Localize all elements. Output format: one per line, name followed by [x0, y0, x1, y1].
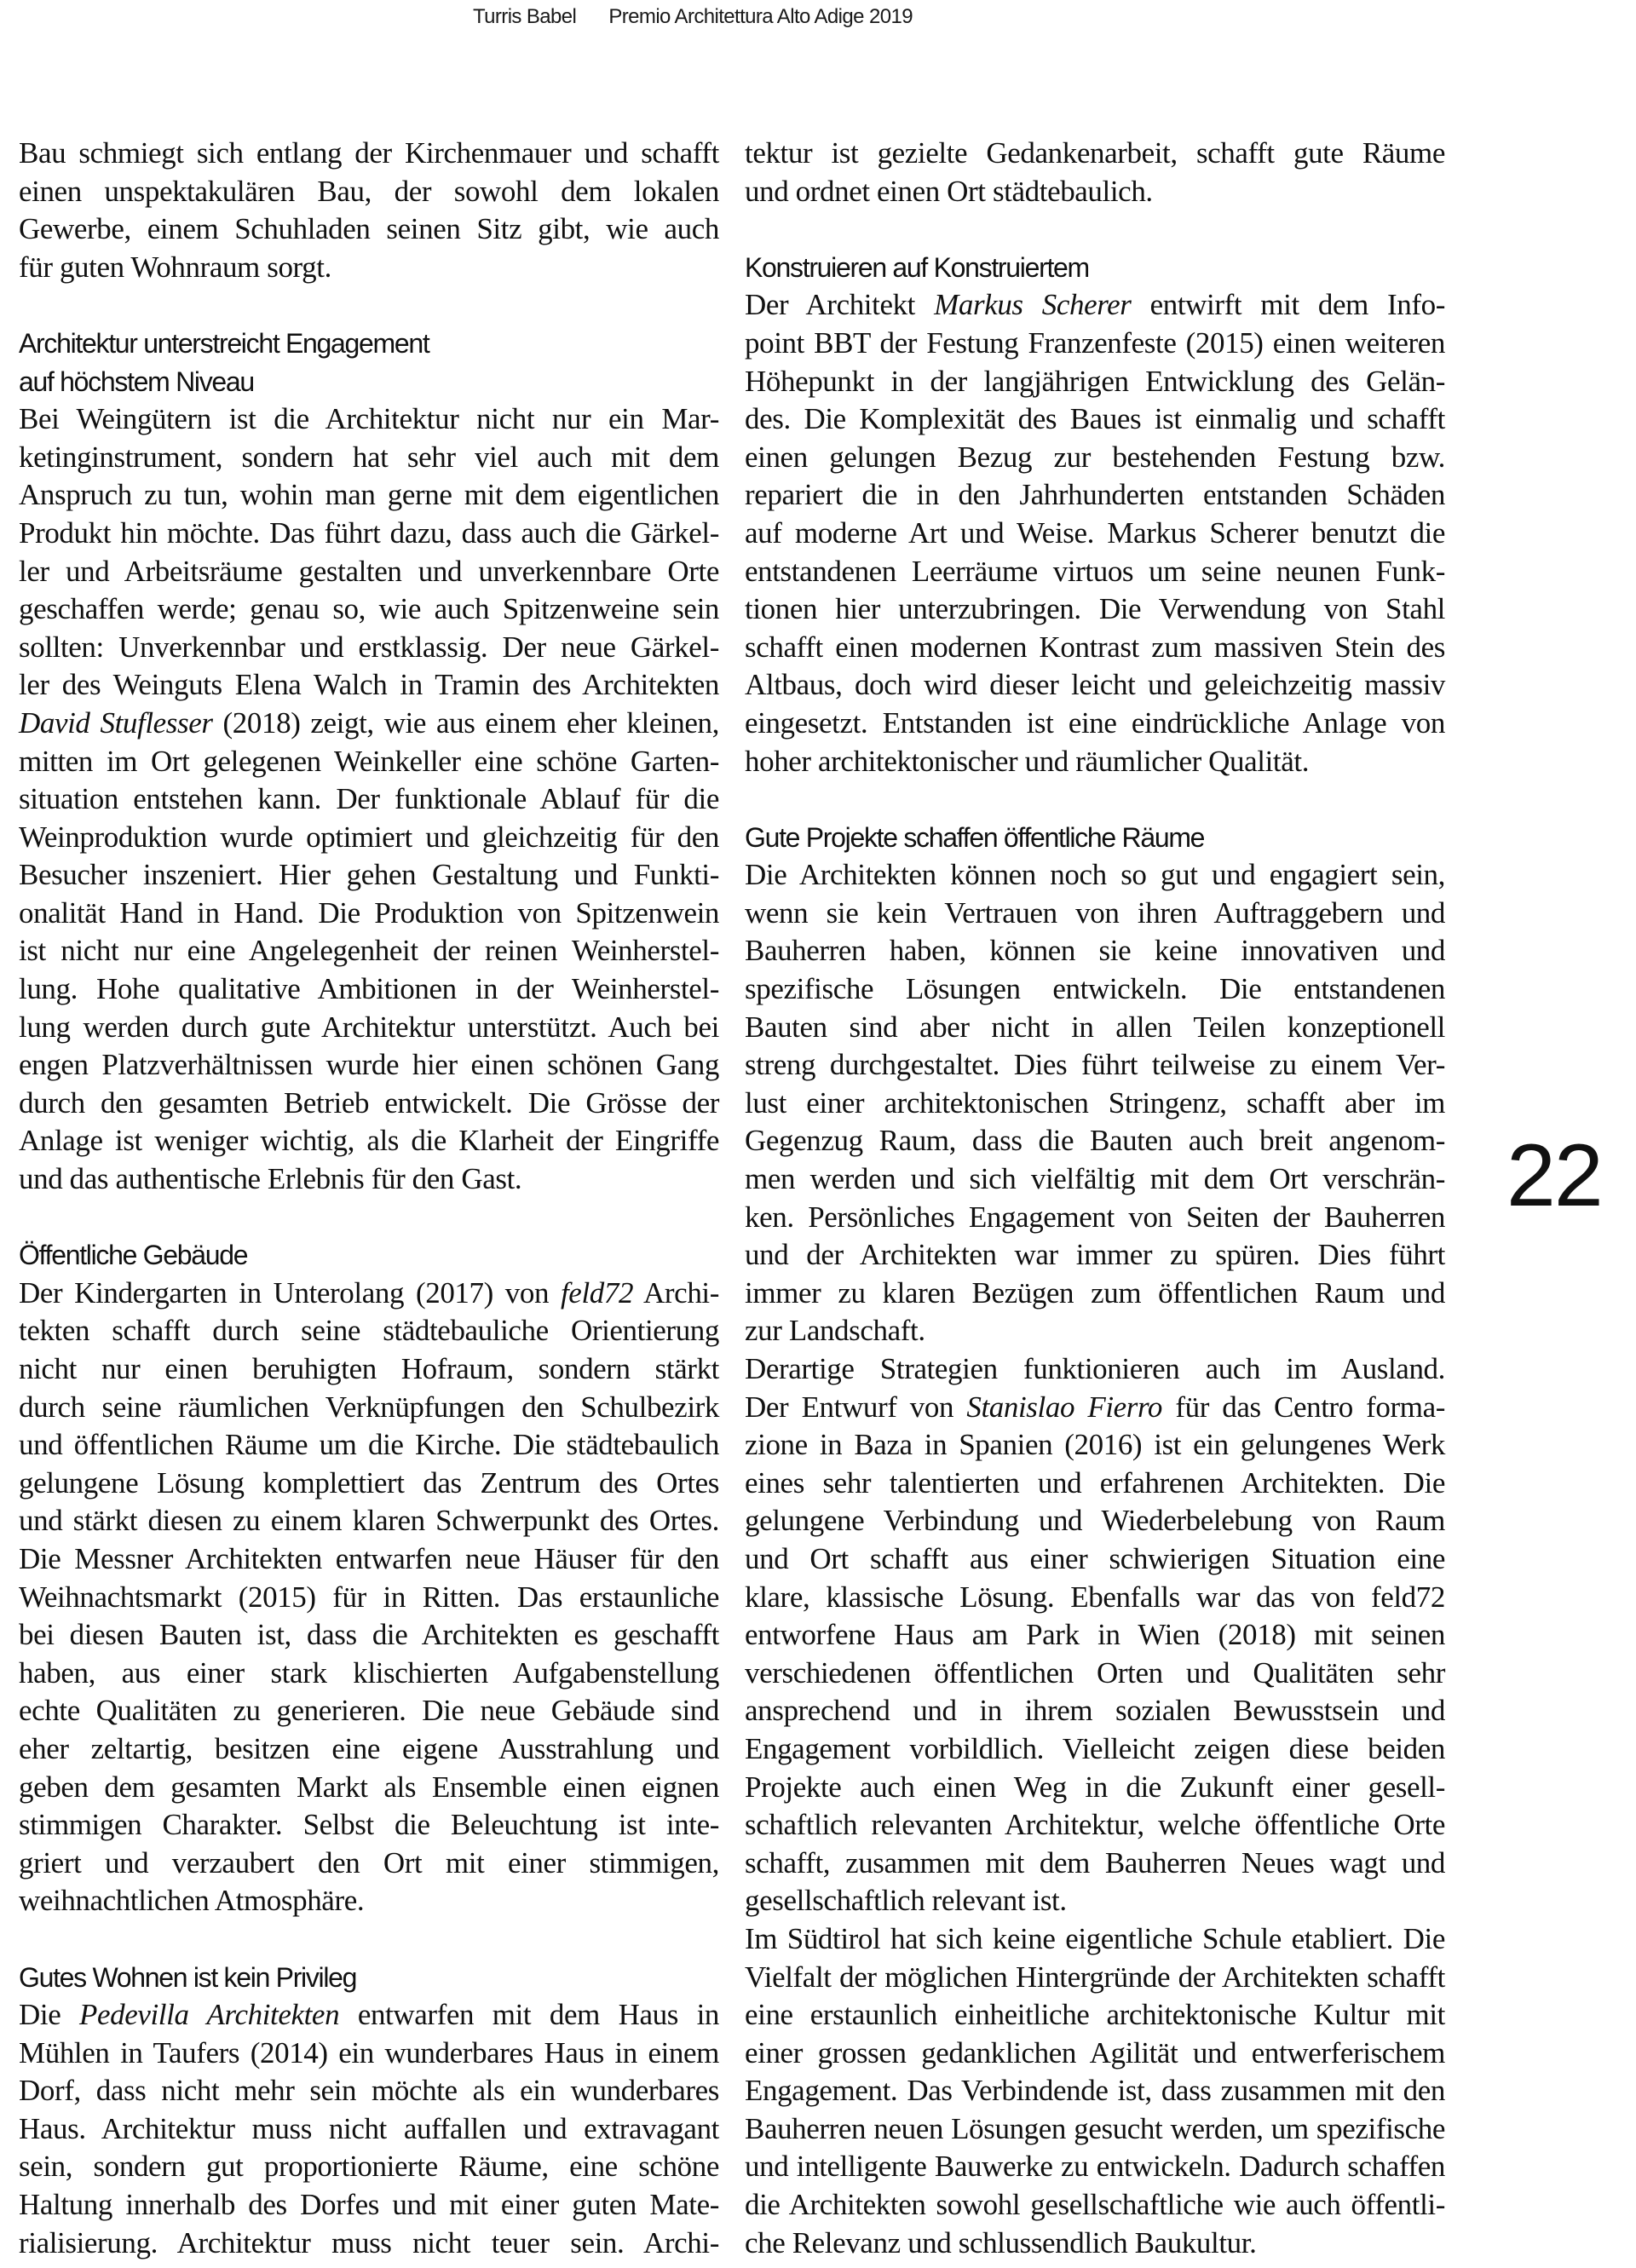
spacer: [745, 210, 1445, 249]
line-text-content: und öffentlichen Räume um die Kirche. Di…: [19, 1428, 719, 1461]
line-text-content: Altbaus, doch wird dieser leicht und gel…: [745, 668, 1445, 701]
line-text-content: entwarfen mit dem Haus in: [339, 1998, 719, 2031]
line-text: nicht nur einen beruhigten Hofraum, sond…: [19, 1350, 719, 1389]
line-text: ken. Persönliches Engagement von Seiten …: [745, 1199, 1445, 1237]
italic-name: David Stuflesser: [19, 706, 213, 740]
line-text: tionen hier unterzubringen. Die Verwendu…: [745, 590, 1445, 629]
line-text-content: Projekte auch einen Weg in die Zukunft e…: [745, 1770, 1445, 1804]
line-text-content: Dorf, dass nicht mehr sein möchte als ei…: [19, 2074, 719, 2107]
line-text: tekten schafft durch seine städtebaulich…: [19, 1312, 719, 1350]
line-text-content: und intelligente Bauwerke zu entwickeln.…: [745, 2150, 1445, 2183]
section-heading: Gute Projekte schaffen öffentliche Räume: [745, 819, 1445, 857]
line-text-content: entstandenen Leerräume virtuos um seine …: [745, 555, 1445, 588]
body-text-line: rialisierung. Architektur muss nicht teu…: [19, 2225, 719, 2263]
line-text-content: engen Platzverhältnissen wurde hier eine…: [19, 1048, 719, 1081]
line-text: ler und Arbeitsräume gestalten und unver…: [19, 553, 719, 591]
body-text-line: gelungene Lösung komplettiert das Zentru…: [19, 1465, 719, 1503]
line-text: Derartige Strategien funktionieren auch …: [745, 1350, 1445, 1389]
line-text-content: hoher architektonischer und räumlicher Q…: [745, 745, 1309, 778]
line-text: tektur ist gezielte Gedankenarbeit, scha…: [745, 135, 1445, 173]
line-text-content: che Relevanz und schlussendlich Baukultu…: [745, 2226, 1256, 2259]
line-text: Altbaus, doch wird dieser leicht und gel…: [745, 666, 1445, 705]
line-text-content: immer zu klaren Bezügen zum öffentlichen…: [745, 1276, 1445, 1310]
line-text-content: Bauten sind aber nicht in allen Teilen k…: [745, 1010, 1445, 1044]
line-text: und stärkt diesen zu einem klaren Schwer…: [19, 1502, 719, 1540]
body-text-line: repariert die in den Jahrhunderten entst…: [745, 476, 1445, 515]
line-text: lung. Hohe qualitative Ambitionen in der…: [19, 970, 719, 1009]
line-text: ansprechend und in ihrem sozialen Bewuss…: [745, 1692, 1445, 1730]
body-text-line: und ordnet einen Ort städtebaulich.: [745, 173, 1445, 211]
line-text: für guten Wohnraum sorgt.: [19, 249, 719, 287]
line-text-content: sein, sondern gut proportionierte Räume,…: [19, 2150, 719, 2183]
body-text-line: men werden und sich vielfältig mit dem O…: [745, 1160, 1445, 1199]
line-text: Öffentliche Gebäude: [19, 1236, 719, 1275]
body-text-line: Die Architekten können noch so gut und e…: [745, 856, 1445, 895]
body-text-line: schafft, zusammen mit dem Bauherren Neue…: [745, 1845, 1445, 1883]
line-text-content: zur Landschaft.: [745, 1314, 925, 1347]
body-text-line: Altbaus, doch wird dieser leicht und gel…: [745, 666, 1445, 705]
line-text: Bei Weingütern ist die Architektur nicht…: [19, 400, 719, 439]
line-text: schafft einen modernen Kontrast zum mass…: [745, 629, 1445, 667]
line-text: Gute Projekte schaffen öffentliche Räume: [745, 819, 1445, 857]
body-text-line: gelungene Verbindung und Wiederbelebung …: [745, 1502, 1445, 1540]
body-text-line: Bauherren haben, können sie keine innova…: [745, 932, 1445, 970]
body-text-line: streng durchgestaltet. Dies führt teilwe…: [745, 1046, 1445, 1085]
line-text: Die Pedevilla Architekten entwarfen mit …: [19, 1996, 719, 2035]
line-text-content: lung. Hohe qualitative Ambitionen in der…: [19, 972, 719, 1005]
line-text-content: Architektur unterstreicht Engagement: [19, 328, 429, 359]
body-text-line: sollten: Unverkennbar und erstklassig. D…: [19, 629, 719, 667]
line-text-content: nicht nur einen beruhigten Hofraum, sond…: [19, 1352, 719, 1385]
line-text-content: Archi-: [633, 1276, 719, 1310]
body-text-line: tekten schafft durch seine städtebaulich…: [19, 1312, 719, 1350]
line-text: Höhepunkt in der langjährigen Entwicklun…: [745, 363, 1445, 401]
line-text: Bauherren neuen Lösungen gesucht werden,…: [745, 2110, 1445, 2149]
line-text: Der Architekt Markus Scherer entwirft mi…: [745, 286, 1445, 325]
line-text: men werden und sich vielfältig mit dem O…: [745, 1160, 1445, 1199]
line-text-content: eingesetzt. Entstanden ist eine eindrück…: [745, 706, 1445, 740]
body-text-line: Mühlen in Taufers (2014) ein wunderbares…: [19, 2035, 719, 2073]
line-text: echte Qualitäten zu generieren. Die neue…: [19, 1692, 719, 1730]
line-text: Der Entwurf von Stanislao Fierro für das…: [745, 1389, 1445, 1427]
line-text-content: ist nicht nur eine Angelegenheit der rei…: [19, 934, 719, 967]
body-text-line: echte Qualitäten zu generieren. Die neue…: [19, 1692, 719, 1730]
line-text: sollten: Unverkennbar und erstklassig. D…: [19, 629, 719, 667]
line-text-content: Öffentliche Gebäude: [19, 1240, 247, 1270]
body-text-line: lung. Hohe qualitative Ambitionen in der…: [19, 970, 719, 1009]
line-text-content: schaftlich relevanten Architektur, welch…: [745, 1808, 1445, 1841]
line-text: auf moderne Art und Weise. Markus Schere…: [745, 515, 1445, 553]
line-text-prefix: Der Architekt: [745, 288, 934, 321]
line-text-content: Gutes Wohnen ist kein Privileg: [19, 1962, 356, 1993]
line-text-content: Die Messner Architekten entwarfen neue H…: [19, 1542, 719, 1575]
article-column-left: Bau schmiegt sich entlang der Kirchenmau…: [19, 135, 719, 2262]
body-text-line: che Relevanz und schlussendlich Baukultu…: [745, 2225, 1445, 2263]
body-text-line: auf moderne Art und Weise. Markus Schere…: [745, 515, 1445, 553]
line-text-content: durch seine räumlichen Verknüpfungen den…: [19, 1390, 719, 1424]
line-text-content: Bei Weingütern ist die Architektur nicht…: [19, 402, 719, 435]
line-text-content: haben, aus einer stark klischierten Aufg…: [19, 1656, 719, 1689]
line-text: Im Südtirol hat sich keine eigentliche S…: [745, 1920, 1445, 1959]
line-text-content: ketinginstrument, sondern hat sehr viel …: [19, 440, 719, 474]
line-text: Vielfalt der möglichen Hintergründe der …: [745, 1959, 1445, 1997]
line-text-content: eher zeltartig, besitzen eine eigene Aus…: [19, 1732, 719, 1765]
line-text-content: Bauherren haben, können sie keine innova…: [745, 934, 1445, 967]
line-text-content: klare, klassische Lösung. Ebenfalls war …: [745, 1580, 1445, 1614]
line-text: Weinproduktion wurde optimiert und gleic…: [19, 819, 719, 857]
line-text-content: eine erstaunlich einheitliche architekto…: [745, 1998, 1445, 2031]
publication-name: Turris Babel: [473, 5, 576, 28]
body-text-line: eingesetzt. Entstanden ist eine eindrück…: [745, 705, 1445, 743]
line-text: eher zeltartig, besitzen eine eigene Aus…: [19, 1730, 719, 1769]
line-text-content: verschiedenen öffentlichen Orten und Qua…: [745, 1656, 1445, 1689]
body-text-line: geben dem gesamten Markt als Ensemble ei…: [19, 1769, 719, 1807]
body-text-line: und stärkt diesen zu einem klaren Schwer…: [19, 1502, 719, 1540]
line-text: Anspruch zu tun, wohin man gerne mit dem…: [19, 476, 719, 515]
line-text: schaftlich relevanten Architektur, welch…: [745, 1806, 1445, 1845]
line-text-content: gelungene Lösung komplettiert das Zentru…: [19, 1466, 719, 1500]
line-text-content: gesellschaftlich relevant ist.: [745, 1884, 1067, 1917]
body-text-line: Bauten sind aber nicht in allen Teilen k…: [745, 1009, 1445, 1047]
body-text-line: Bau schmiegt sich entlang der Kirchenmau…: [19, 135, 719, 173]
line-text: eine erstaunlich einheitliche architekto…: [745, 1996, 1445, 2035]
body-text-line: sein, sondern gut proportionierte Räume,…: [19, 2148, 719, 2186]
line-text: klare, klassische Lösung. Ebenfalls war …: [745, 1579, 1445, 1617]
body-text-line: ler und Arbeitsräume gestalten und unver…: [19, 553, 719, 591]
line-text: gelungene Lösung komplettiert das Zentru…: [19, 1465, 719, 1503]
body-text-line: lung werden durch gute Architektur unter…: [19, 1009, 719, 1047]
line-text: repariert die in den Jahrhunderten entst…: [745, 476, 1445, 515]
body-text-line: ansprechend und in ihrem sozialen Bewuss…: [745, 1692, 1445, 1730]
body-text-line: für guten Wohnraum sorgt.: [19, 249, 719, 287]
line-text-content: Weinproduktion wurde optimiert und gleic…: [19, 820, 719, 854]
line-text-content: schafft, zusammen mit dem Bauherren Neue…: [745, 1846, 1445, 1879]
italic-name: Stanislao Fierro: [966, 1390, 1162, 1424]
line-text: Haltung innerhalb des Dorfes und mit ein…: [19, 2186, 719, 2225]
body-text-line: Engagement. Das Verbindende ist, dass zu…: [745, 2072, 1445, 2110]
line-text-content: rialisierung. Architektur muss nicht teu…: [19, 2226, 719, 2259]
body-text-line: nicht nur einen beruhigten Hofraum, sond…: [19, 1350, 719, 1389]
line-text-content: lung werden durch gute Architektur unter…: [19, 1010, 719, 1044]
body-text-line: Anlage ist weniger wichtig, als die Klar…: [19, 1122, 719, 1160]
line-text-prefix: Der Entwurf von: [745, 1390, 966, 1424]
line-text-prefix: Der Kindergarten in Unterolang (2017) vo…: [19, 1276, 561, 1310]
line-text: lung werden durch gute Architektur unter…: [19, 1009, 719, 1047]
line-text-content: Höhepunkt in der langjährigen Entwicklun…: [745, 365, 1445, 398]
body-text-line: eher zeltartig, besitzen eine eigene Aus…: [19, 1730, 719, 1769]
body-text-line: Im Südtirol hat sich keine eigentliche S…: [745, 1920, 1445, 1959]
line-text: point BBT der Festung Franzenfeste (2015…: [745, 325, 1445, 363]
body-text-line: stimmigen Charakter. Selbst die Beleucht…: [19, 1806, 719, 1845]
line-text: Dorf, dass nicht mehr sein möchte als ei…: [19, 2072, 719, 2110]
body-text-line: ken. Persönliches Engagement von Seiten …: [745, 1199, 1445, 1237]
line-text: durch den gesamten Betrieb entwickelt. D…: [19, 1085, 719, 1123]
line-text-content: des. Die Komplexität des Baues ist einma…: [745, 402, 1445, 435]
issue-title: Premio Architettura Alto Adige 2019: [608, 5, 913, 28]
body-text-line: bei diesen Bauten ist, dass die Architek…: [19, 1616, 719, 1655]
line-text-content: schafft einen modernen Kontrast zum mass…: [745, 630, 1445, 664]
line-text-content: geschaffen werde; genau so, wie auch Spi…: [19, 592, 719, 625]
italic-name: Markus Scherer: [934, 288, 1131, 321]
line-text: einen gelungen Bezug zur bestehenden Fes…: [745, 439, 1445, 477]
line-text: des. Die Komplexität des Baues ist einma…: [745, 400, 1445, 439]
line-text: sein, sondern gut proportionierte Räume,…: [19, 2148, 719, 2186]
page-number: 22: [1506, 1131, 1602, 1220]
line-text-content: eines sehr talentierten und erfahrenen A…: [745, 1466, 1445, 1500]
line-text-content: tektur ist gezielte Gedankenarbeit, scha…: [745, 136, 1445, 170]
body-text-line: durch seine räumlichen Verknüpfungen den…: [19, 1389, 719, 1427]
line-text: Gewerbe, einem Schuhladen seinen Sitz gi…: [19, 210, 719, 249]
line-text: schafft, zusammen mit dem Bauherren Neue…: [745, 1845, 1445, 1883]
line-text-content: einer grossen gedanklichen Agilität und …: [745, 2036, 1445, 2069]
line-text: lust einer architektonischen Stringenz, …: [745, 1085, 1445, 1123]
line-text-content: ken. Persönliches Engagement von Seiten …: [745, 1200, 1445, 1234]
line-text: einer grossen gedanklichen Agilität und …: [745, 2035, 1445, 2073]
line-text-content: entworfene Haus am Park in Wien (2018) m…: [745, 1618, 1445, 1651]
line-text: ketinginstrument, sondern hat sehr viel …: [19, 439, 719, 477]
body-text-line: haben, aus einer stark klischierten Aufg…: [19, 1655, 719, 1693]
body-text-line: entstandenen Leerräume virtuos um seine …: [745, 553, 1445, 591]
line-text: verschiedenen öffentlichen Orten und Qua…: [745, 1655, 1445, 1693]
line-text-content: geben dem gesamten Markt als Ensemble ei…: [19, 1770, 719, 1804]
body-text-line: schaftlich relevanten Architektur, welch…: [745, 1806, 1445, 1845]
line-text-content: Die Architekten können noch so gut und e…: [745, 858, 1445, 891]
line-text-content: (2018) zeigt, wie aus einem eher kleinen…: [213, 706, 719, 740]
spacer: [19, 1199, 719, 1237]
line-text: einen unspektakulären Bau, der sowohl de…: [19, 173, 719, 211]
line-text: griert und verzaubert den Ort mit einer …: [19, 1845, 719, 1883]
body-text-line: einen gelungen Bezug zur bestehenden Fes…: [745, 439, 1445, 477]
line-text-content: durch den gesamten Betrieb entwickelt. D…: [19, 1086, 719, 1120]
body-text-line: Gewerbe, einem Schuhladen seinen Sitz gi…: [19, 210, 719, 249]
line-text: bei diesen Bauten ist, dass die Architek…: [19, 1616, 719, 1655]
section-heading: Architektur unterstreicht Engagement: [19, 325, 719, 363]
line-text-content: griert und verzaubert den Ort mit einer …: [19, 1846, 719, 1879]
line-text: wenn sie kein Vertrauen von ihren Auftra…: [745, 895, 1445, 933]
body-text-line: Haus. Architektur muss nicht auffallen u…: [19, 2110, 719, 2149]
line-text-content: Produkt hin möchte. Das führt dazu, dass…: [19, 516, 719, 550]
line-text: zione in Baza in Spanien (2016) ist ein …: [745, 1426, 1445, 1465]
line-text: und das authentische Erlebnis für den Ga…: [19, 1160, 719, 1199]
line-text-content: Besucher inszeniert. Hier gehen Gestaltu…: [19, 858, 719, 891]
line-text: und Ort schafft aus einer schwierigen Si…: [745, 1540, 1445, 1579]
line-text-content: mitten im Ort gelegenen Weinkeller eine …: [19, 745, 719, 778]
article-column-right: tektur ist gezielte Gedankenarbeit, scha…: [745, 135, 1445, 2262]
line-text-content: Derartige Strategien funktionieren auch …: [745, 1352, 1445, 1385]
line-text-content: weihnachtlichen Atmosphäre.: [19, 1884, 364, 1917]
line-text-content: einen unspektakulären Bau, der sowohl de…: [19, 175, 719, 208]
body-text-line: Produkt hin möchte. Das führt dazu, dass…: [19, 515, 719, 553]
body-text-line: tionen hier unterzubringen. Die Verwendu…: [745, 590, 1445, 629]
line-text-content: entwirft mit dem Info-: [1132, 288, 1446, 321]
italic-name: feld72: [561, 1276, 633, 1310]
body-text-line: zione in Baza in Spanien (2016) ist ein …: [745, 1426, 1445, 1465]
line-text: gelungene Verbindung und Wiederbelebung …: [745, 1502, 1445, 1540]
body-text-line: gesellschaftlich relevant ist.: [745, 1882, 1445, 1920]
body-text-line: und das authentische Erlebnis für den Ga…: [19, 1160, 719, 1199]
body-text-line: ketinginstrument, sondern hat sehr viel …: [19, 439, 719, 477]
line-text-content: stimmigen Charakter. Selbst die Beleucht…: [19, 1808, 719, 1841]
line-text: hoher architektonischer und räumlicher Q…: [745, 743, 1445, 781]
body-text-line: griert und verzaubert den Ort mit einer …: [19, 1845, 719, 1883]
line-text: Bauten sind aber nicht in allen Teilen k…: [745, 1009, 1445, 1047]
line-text: Gegenzug Raum, dass die Bauten auch brei…: [745, 1122, 1445, 1160]
body-text-line: und der Architekten war immer zu spüren.…: [745, 1236, 1445, 1275]
line-text-content: Im Südtirol hat sich keine eigentliche S…: [745, 1922, 1445, 1955]
body-text-line: lust einer architektonischen Stringenz, …: [745, 1085, 1445, 1123]
body-text-line: Vielfalt der möglichen Hintergründe der …: [745, 1959, 1445, 1997]
body-text-line: Der Entwurf von Stanislao Fierro für das…: [745, 1389, 1445, 1427]
body-text-line: geschaffen werde; genau so, wie auch Spi…: [19, 590, 719, 629]
line-text: streng durchgestaltet. Dies führt teilwe…: [745, 1046, 1445, 1085]
body-text-line: hoher architektonischer und räumlicher Q…: [745, 743, 1445, 781]
line-text: Haus. Architektur muss nicht auffallen u…: [19, 2110, 719, 2149]
line-text: Projekte auch einen Weg in die Zukunft e…: [745, 1769, 1445, 1807]
line-text: ler des Weinguts Elena Walch in Tramin d…: [19, 666, 719, 705]
line-text: Produkt hin möchte. Das führt dazu, dass…: [19, 515, 719, 553]
line-text-content: bei diesen Bauten ist, dass die Architek…: [19, 1618, 719, 1651]
line-text-content: Mühlen in Taufers (2014) ein wunderbares…: [19, 2036, 719, 2069]
line-text: weihnachtlichen Atmosphäre.: [19, 1882, 719, 1920]
line-text: geben dem gesamten Markt als Ensemble ei…: [19, 1769, 719, 1807]
body-text-line: spezifische Lösungen entwickeln. Die ent…: [745, 970, 1445, 1009]
line-text: situation entstehen kann. Der funktional…: [19, 780, 719, 819]
body-text-line: einer grossen gedanklichen Agilität und …: [745, 2035, 1445, 2073]
line-text: Engagement. Das Verbindende ist, dass zu…: [745, 2072, 1445, 2110]
body-text-line: onalität Hand in Hand. Die Produktion vo…: [19, 895, 719, 933]
line-text-content: Gute Projekte schaffen öffentliche Räume: [745, 822, 1204, 853]
spacer: [19, 1920, 719, 1959]
line-text: Bauherren haben, können sie keine innova…: [745, 932, 1445, 970]
body-text-line: Haltung innerhalb des Dorfes und mit ein…: [19, 2186, 719, 2225]
body-text-line: eine erstaunlich einheitliche architekto…: [745, 1996, 1445, 2035]
body-text-line: und intelligente Bauwerke zu entwickeln.…: [745, 2148, 1445, 2186]
body-text-line: point BBT der Festung Franzenfeste (2015…: [745, 325, 1445, 363]
line-text-content: lust einer architektonischen Stringenz, …: [745, 1086, 1445, 1120]
body-text-line: Bei Weingütern ist die Architektur nicht…: [19, 400, 719, 439]
line-text: Architektur unterstreicht Engagement: [19, 325, 719, 363]
body-text-line: einen unspektakulären Bau, der sowohl de…: [19, 173, 719, 211]
line-text-content: auf moderne Art und Weise. Markus Schere…: [745, 516, 1445, 550]
line-text: stimmigen Charakter. Selbst die Beleucht…: [19, 1806, 719, 1845]
line-text: Die Architekten können noch so gut und e…: [745, 856, 1445, 895]
line-text-content: men werden und sich vielfältig mit dem O…: [745, 1162, 1445, 1195]
line-text-content: streng durchgestaltet. Dies führt teilwe…: [745, 1048, 1445, 1081]
body-text-line: Gegenzug Raum, dass die Bauten auch brei…: [745, 1122, 1445, 1160]
line-text: haben, aus einer stark klischierten Aufg…: [19, 1655, 719, 1693]
line-text: Bau schmiegt sich entlang der Kirchenmau…: [19, 135, 719, 173]
body-text-line: und öffentlichen Räume um die Kirche. Di…: [19, 1426, 719, 1465]
line-text-content: Haltung innerhalb des Dorfes und mit ein…: [19, 2188, 719, 2221]
line-text: und öffentlichen Räume um die Kirche. Di…: [19, 1426, 719, 1465]
line-text-content: echte Qualitäten zu generieren. Die neue…: [19, 1694, 719, 1727]
line-text-content: Bauherren neuen Lösungen gesucht werden,…: [745, 2112, 1445, 2145]
section-heading: Konstruieren auf Konstruiertem: [745, 249, 1445, 287]
body-text-line: des. Die Komplexität des Baues ist einma…: [745, 400, 1445, 439]
body-text-line: Projekte auch einen Weg in die Zukunft e…: [745, 1769, 1445, 1807]
spacer: [19, 286, 719, 325]
line-text-content: gelungene Verbindung und Wiederbelebung …: [745, 1504, 1445, 1537]
line-text-content: wenn sie kein Vertrauen von ihren Auftra…: [745, 896, 1445, 930]
line-text: eingesetzt. Entstanden ist eine eindrück…: [745, 705, 1445, 743]
body-text-line: schafft einen modernen Kontrast zum mass…: [745, 629, 1445, 667]
line-text-content: Engagement. Das Verbindende ist, dass zu…: [745, 2074, 1445, 2107]
line-text: Konstruieren auf Konstruiertem: [745, 249, 1445, 287]
line-text: Der Kindergarten in Unterolang (2017) vo…: [19, 1275, 719, 1313]
line-text: durch seine räumlichen Verknüpfungen den…: [19, 1389, 719, 1427]
line-text-content: point BBT der Festung Franzenfeste (2015…: [745, 326, 1445, 360]
line-text: geschaffen werde; genau so, wie auch Spi…: [19, 590, 719, 629]
line-text: Engagement vorbildlich. Vielleicht zeige…: [745, 1730, 1445, 1769]
body-text-line: Besucher inszeniert. Hier gehen Gestaltu…: [19, 856, 719, 895]
body-text-line: klare, klassische Lösung. Ebenfalls war …: [745, 1579, 1445, 1617]
line-text-content: Engagement vorbildlich. Vielleicht zeige…: [745, 1732, 1445, 1765]
line-text: zur Landschaft.: [745, 1312, 1445, 1350]
body-text-line: Dorf, dass nicht mehr sein möchte als ei…: [19, 2072, 719, 2110]
body-text-line: Engagement vorbildlich. Vielleicht zeige…: [745, 1730, 1445, 1769]
line-text: Gutes Wohnen ist kein Privileg: [19, 1959, 719, 1997]
line-text-content: situation entstehen kann. Der funktional…: [19, 782, 719, 815]
body-text-line: zur Landschaft.: [745, 1312, 1445, 1350]
line-text: rialisierung. Architektur muss nicht teu…: [19, 2225, 719, 2263]
line-text-content: und das authentische Erlebnis für den Ga…: [19, 1162, 521, 1195]
line-text-content: Anlage ist weniger wichtig, als die Klar…: [19, 1124, 719, 1157]
line-text-content: und ordnet einen Ort städtebaulich.: [745, 175, 1153, 208]
line-text-content: Gewerbe, einem Schuhladen seinen Sitz gi…: [19, 212, 719, 245]
body-text-line: immer zu klaren Bezügen zum öffentlichen…: [745, 1275, 1445, 1313]
line-text-content: Bau schmiegt sich entlang der Kirchenmau…: [19, 136, 719, 170]
line-text: David Stuflesser (2018) zeigt, wie aus e…: [19, 705, 719, 743]
line-text: auf höchstem Niveau: [19, 363, 719, 401]
body-text-line: mitten im Ort gelegenen Weinkeller eine …: [19, 743, 719, 781]
line-text-content: und Ort schafft aus einer schwierigen Si…: [745, 1542, 1445, 1575]
body-text-line: tektur ist gezielte Gedankenarbeit, scha…: [745, 135, 1445, 173]
line-text: eines sehr talentierten und erfahrenen A…: [745, 1465, 1445, 1503]
body-text-line: ist nicht nur eine Angelegenheit der rei…: [19, 932, 719, 970]
line-text: che Relevanz und schlussendlich Baukultu…: [745, 2225, 1445, 2263]
line-text-content: Gegenzug Raum, dass die Bauten auch brei…: [745, 1124, 1445, 1157]
line-text-prefix: Die: [19, 1998, 79, 2031]
line-text: und ordnet einen Ort städtebaulich.: [745, 173, 1445, 211]
body-text-line: eines sehr talentierten und erfahrenen A…: [745, 1465, 1445, 1503]
body-text-line: und Ort schafft aus einer schwierigen Si…: [745, 1540, 1445, 1579]
body-text-line: Höhepunkt in der langjährigen Entwicklun…: [745, 363, 1445, 401]
body-text-line: Weinproduktion wurde optimiert und gleic…: [19, 819, 719, 857]
body-text-line: durch den gesamten Betrieb entwickelt. D…: [19, 1085, 719, 1123]
body-text-line: ler des Weinguts Elena Walch in Tramin d…: [19, 666, 719, 705]
line-text-content: einen gelungen Bezug zur bestehenden Fes…: [745, 440, 1445, 474]
spacer: [745, 780, 1445, 819]
line-text: und intelligente Bauwerke zu entwickeln.…: [745, 2148, 1445, 2186]
body-text-line: die Architekten sowohl gesellschaftliche…: [745, 2186, 1445, 2225]
line-text: Besucher inszeniert. Hier gehen Gestaltu…: [19, 856, 719, 895]
line-text: onalität Hand in Hand. Die Produktion vo…: [19, 895, 719, 933]
line-text-content: für guten Wohnraum sorgt.: [19, 250, 331, 284]
line-text: die Architekten sowohl gesellschaftliche…: [745, 2186, 1445, 2225]
line-text: Mühlen in Taufers (2014) ein wunderbares…: [19, 2035, 719, 2073]
line-text-content: ansprechend und in ihrem sozialen Bewuss…: [745, 1694, 1445, 1727]
section-heading: Gutes Wohnen ist kein Privileg: [19, 1959, 719, 1997]
line-text-content: sollten: Unverkennbar und erstklassig. D…: [19, 630, 719, 664]
line-text: spezifische Lösungen entwickeln. Die ent…: [745, 970, 1445, 1009]
line-text-content: onalität Hand in Hand. Die Produktion vo…: [19, 896, 719, 930]
line-text: und der Architekten war immer zu spüren.…: [745, 1236, 1445, 1275]
line-text-content: und stärkt diesen zu einem klaren Schwer…: [19, 1504, 719, 1537]
line-text-content: tionen hier unterzubringen. Die Verwendu…: [745, 592, 1445, 625]
line-text: Die Messner Architekten entwarfen neue H…: [19, 1540, 719, 1579]
body-text-line: Die Messner Architekten entwarfen neue H…: [19, 1540, 719, 1579]
body-text-line: Der Architekt Markus Scherer entwirft mi…: [745, 286, 1445, 325]
